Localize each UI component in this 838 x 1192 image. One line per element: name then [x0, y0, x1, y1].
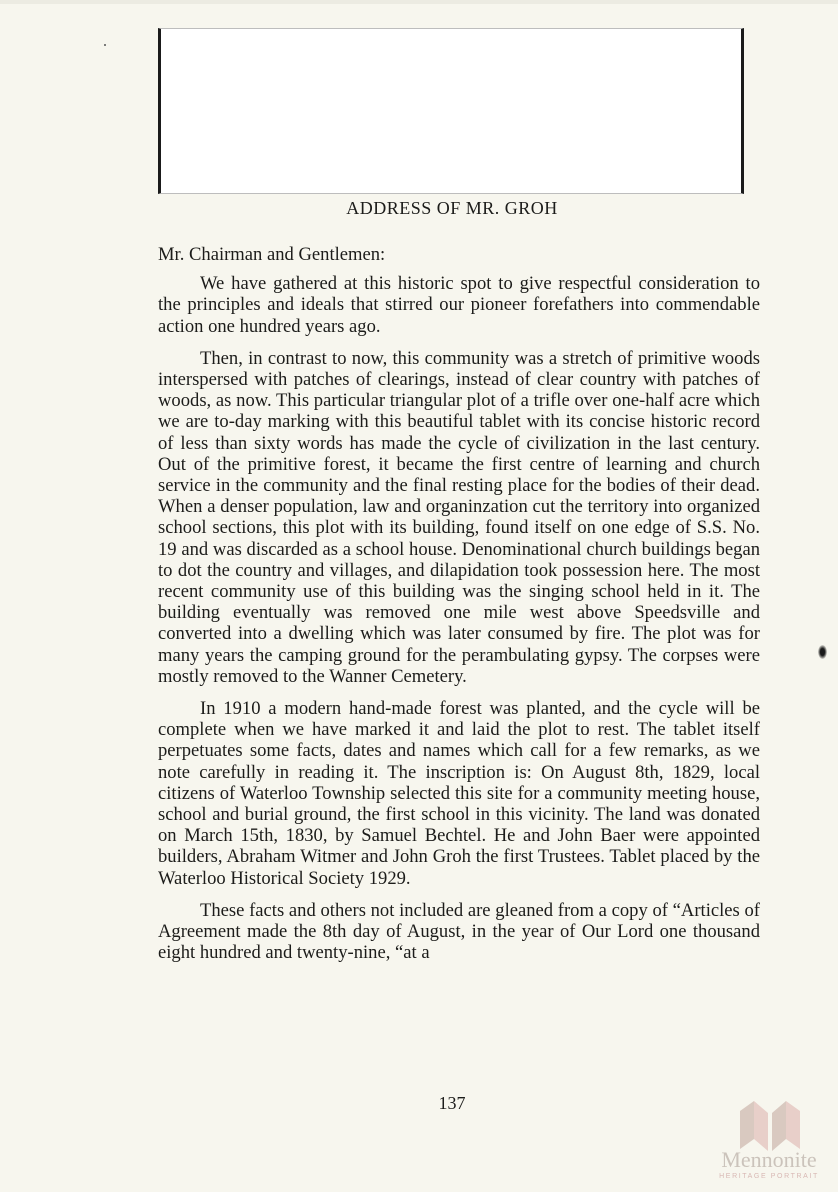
body-text: Mr. Chairman and Gentlemen: We have gath…: [158, 244, 760, 975]
ink-smudge: [818, 645, 827, 659]
paragraph: In 1910 a modern hand-made forest was pl…: [158, 698, 760, 889]
page-title: ADDRESS OF MR. GROH: [0, 198, 838, 219]
redacted-image-frame: [158, 28, 744, 194]
salutation: Mr. Chairman and Gentlemen:: [158, 244, 760, 265]
watermark-name: Mennonite: [704, 1147, 834, 1173]
scan-speck: [104, 44, 106, 46]
watermark: Mennonite HERITAGE PORTRAIT: [704, 1095, 834, 1187]
paragraph: These facts and others not included are …: [158, 900, 760, 964]
paragraph: We have gathered at this historic spot t…: [158, 273, 760, 337]
paragraph: Then, in contrast to now, this community…: [158, 348, 760, 687]
page-edge: [0, 0, 838, 4]
watermark-subtitle: HERITAGE PORTRAIT: [704, 1173, 834, 1180]
mennonite-logo-icon: [738, 1095, 802, 1151]
